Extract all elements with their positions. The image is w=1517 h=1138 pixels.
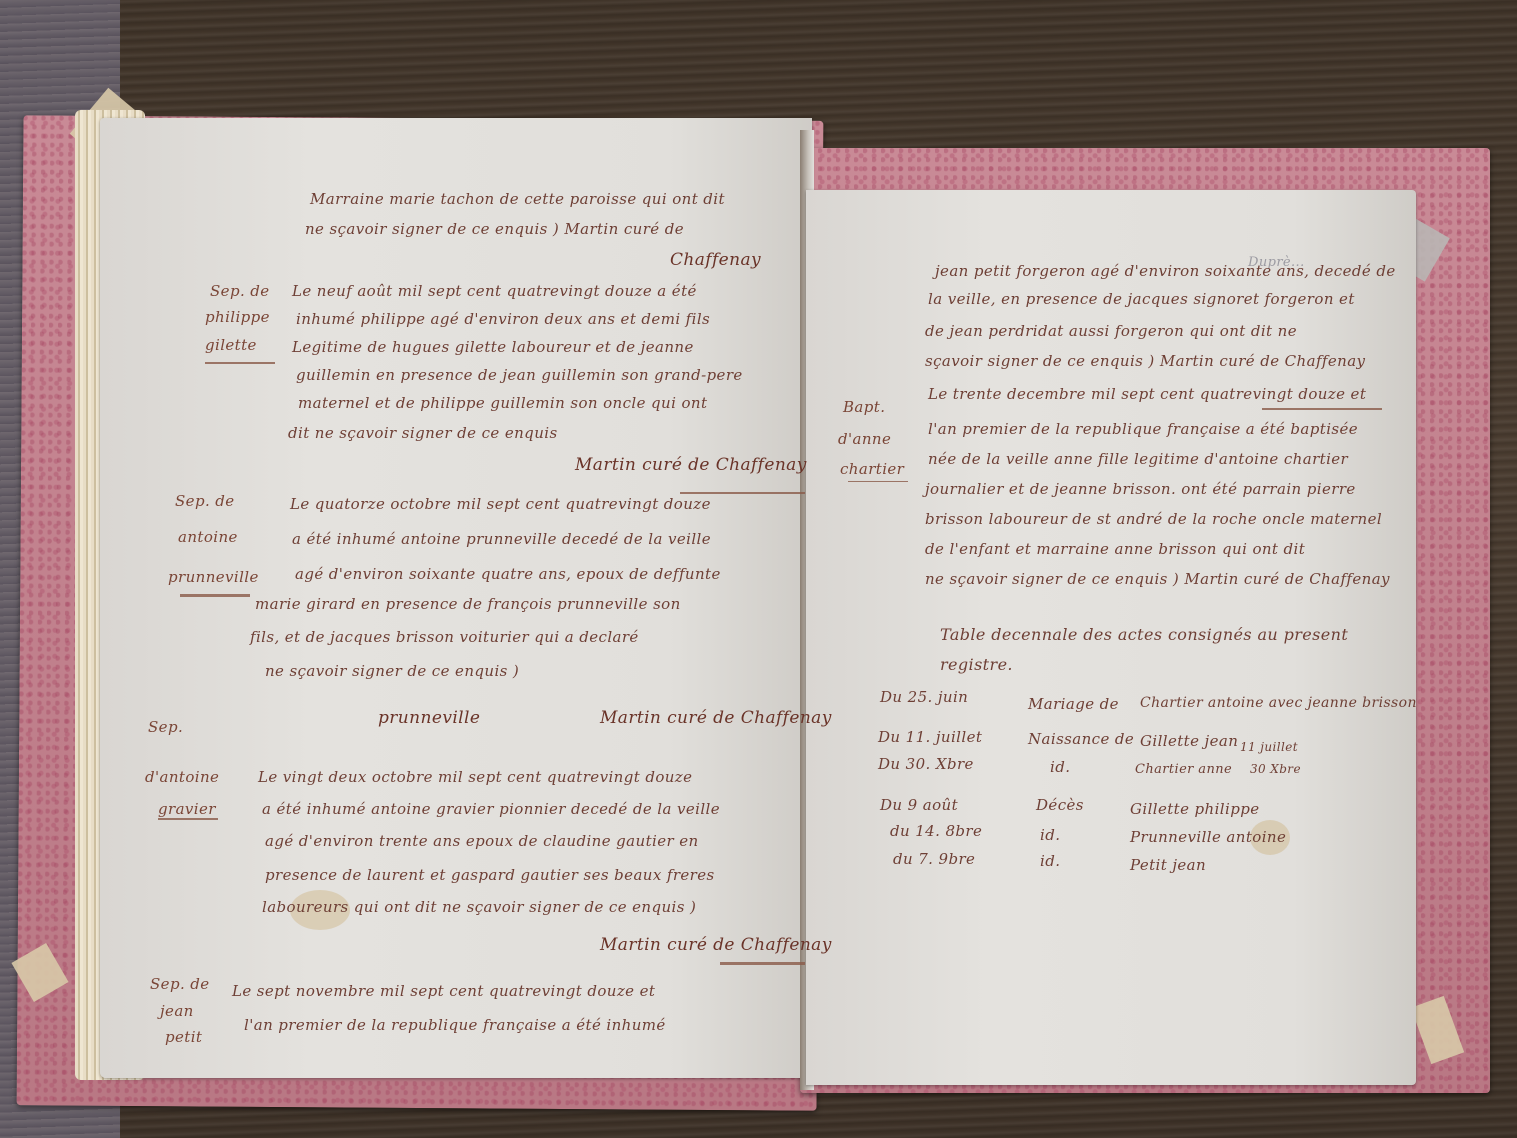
entry-line: sçavoir signer de ce enquis ) Martin cur…: [925, 352, 1365, 370]
entry-line: Le sept novembre mil sept cent quatrevin…: [232, 982, 655, 1000]
entry-line: ne sçavoir signer de ce enquis ) Martin …: [305, 220, 684, 238]
index-extra: 11 juillet: [1240, 740, 1298, 754]
signature-underline: [1262, 408, 1382, 410]
entry-line: née de la veille anne fille legitime d'a…: [928, 450, 1348, 468]
index-date: Du 11. juillet: [878, 728, 982, 746]
entry-line: ne sçavoir signer de ce enquis ) Martin …: [925, 570, 1390, 588]
index-type: Mariage de: [1028, 695, 1119, 713]
index-date: du 7. 9bre: [893, 850, 975, 868]
entry-line: Le trente decembre mil sept cent quatrev…: [928, 385, 1366, 403]
index-type: id.: [1040, 826, 1060, 844]
entry-line: de jean perdridat aussi forgeron qui ont…: [925, 322, 1297, 340]
witness-signature: prunneville: [378, 708, 480, 728]
entry-line: ne sçavoir signer de ce enquis ): [265, 662, 519, 680]
entry-line: agé d'environ soixante quatre ans, epoux…: [295, 565, 721, 583]
entry-line: l'an premier de la republique française …: [244, 1016, 666, 1034]
margin-note: Sep. de: [150, 975, 210, 993]
margin-note: Bapt.: [843, 398, 885, 416]
entry-line: Le neuf août mil sept cent quatrevingt d…: [292, 282, 697, 300]
index-names: Chartier antoine avec jeanne brisson: [1140, 695, 1417, 711]
entry-line: presence de laurent et gaspard gautier s…: [265, 866, 715, 884]
entry-line: brisson laboureur de st andré de la roch…: [925, 510, 1382, 528]
margin-underline: [205, 362, 275, 364]
margin-note: Sep.: [148, 718, 183, 736]
index-names: Chartier anne: [1135, 762, 1232, 777]
index-date: Du 25. juin: [880, 688, 968, 706]
margin-underline: [158, 818, 218, 820]
margin-underline: [180, 594, 250, 597]
entry-line: marie girard en presence de françois pru…: [255, 595, 681, 613]
margin-note: d'anne: [838, 430, 891, 448]
index-type: Naissance de: [1028, 730, 1134, 748]
index-extra: 30 Xbre: [1250, 762, 1301, 776]
index-date: Du 30. Xbre: [878, 755, 974, 773]
priest-signature: Martin curé de Chaffenay: [600, 708, 832, 728]
margin-note: jean: [160, 1002, 194, 1020]
margin-note: petit: [165, 1028, 202, 1046]
entry-line: la veille, en presence de jacques signor…: [928, 290, 1355, 308]
entry-line: Le quatorze octobre mil sept cent quatre…: [290, 495, 711, 513]
margin-note: prunneville: [168, 568, 259, 586]
index-type: id.: [1050, 758, 1070, 776]
entry-line: fils, et de jacques brisson voiturier qu…: [250, 628, 639, 646]
index-date: du 14. 8bre: [890, 822, 982, 840]
entry-line: guillemin en presence de jean guillemin …: [296, 366, 743, 384]
index-names: Petit jean: [1130, 856, 1206, 874]
entry-line: de l'enfant et marraine anne brisson qui…: [925, 540, 1305, 558]
priest-signature: Martin curé de Chaffenay: [600, 935, 832, 955]
index-type: id.: [1040, 852, 1060, 870]
entry-line: a été inhumé antoine prunneville decedé …: [292, 530, 711, 548]
priest-signature: Chaffenay: [670, 250, 761, 270]
entry-line: agé d'environ trente ans epoux de claudi…: [265, 832, 699, 850]
entry-line: Marraine marie tachon de cette paroisse …: [310, 190, 725, 208]
entry-line: Le vingt deux octobre mil sept cent quat…: [258, 768, 692, 786]
index-names: Gillette philippe: [1130, 800, 1260, 818]
margin-note: philippe: [205, 308, 270, 326]
index-type: Décès: [1036, 796, 1084, 814]
entry-line: maternel et de philippe guillemin son on…: [298, 394, 707, 412]
index-date: Du 9 août: [880, 796, 958, 814]
entry-line: journalier et de jeanne brisson. ont été…: [925, 480, 1356, 498]
index-table-title: registre.: [940, 655, 1013, 674]
signature-underline: [720, 962, 805, 965]
margin-note: gilette: [205, 336, 257, 354]
margin-note: Sep. de: [175, 492, 235, 510]
index-names: Gillette jean: [1140, 732, 1238, 750]
margin-note: antoine: [178, 528, 238, 546]
priest-signature: Martin curé de Chaffenay: [575, 455, 807, 475]
entry-line: l'an premier de la republique française …: [928, 420, 1358, 438]
margin-underline: [848, 481, 908, 482]
entry-line: a été inhumé antoine gravier pionnier de…: [262, 800, 720, 818]
entry-line: laboureurs qui ont dit ne sçavoir signer…: [262, 898, 696, 916]
index-names: Prunneville antoine: [1130, 828, 1286, 846]
entry-line: Legitime de hugues gilette laboureur et …: [292, 338, 694, 356]
entry-line: dit ne sçavoir signer de ce enquis: [288, 424, 558, 442]
margin-note: d'antoine: [145, 768, 219, 786]
entry-line: inhumé philippe agé d'environ deux ans e…: [296, 310, 710, 328]
entry-line: jean petit forgeron agé d'environ soixan…: [935, 262, 1396, 280]
margin-note: chartier: [840, 460, 904, 478]
index-table-title: Table decennale des actes consignés au p…: [940, 625, 1348, 644]
margin-note: Sep. de: [210, 282, 270, 300]
signature-underline: [680, 492, 805, 494]
margin-note: gravier: [158, 800, 216, 818]
